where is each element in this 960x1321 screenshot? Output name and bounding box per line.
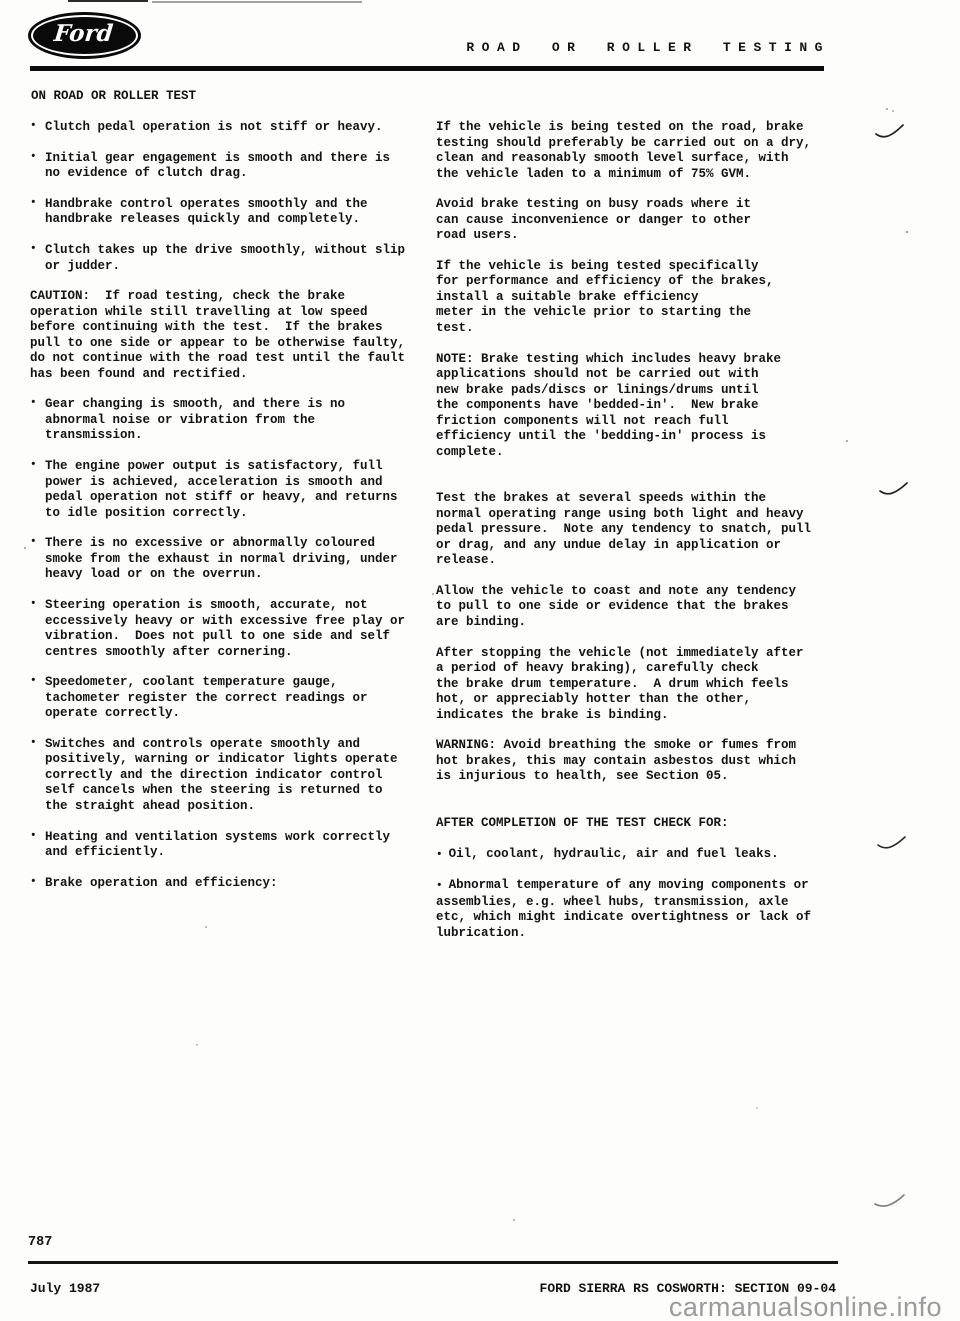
text-lines: Switches and controls operate smoothly a… [45,737,398,813]
bullet-icon: • [30,196,37,212]
bullet-item: •Brake operation and efficiency: [30,876,430,892]
footer-date: July 1987 [30,1281,100,1296]
scan-noise-dot [432,593,434,595]
paragraph: If the vehicle is being tested specifica… [436,259,846,337]
bullet-item: •Abnormal temperature of any moving comp… [436,878,846,941]
paragraph: NOTE: Brake testing which includes heavy… [436,352,846,461]
text-lines: Test the brakes at several speeds within… [436,491,811,567]
paragraph: Test the brakes at several speeds within… [436,491,846,569]
bullet-icon: • [30,674,37,690]
text-lines: Allow the vehicle to coast and note any … [436,584,796,629]
paragraph: WARNING: Avoid breathing the smoke or fu… [436,738,846,785]
bullet-item: •The engine power output is satisfactory… [30,459,430,521]
pen-tick-mark [874,122,906,142]
text-lines: Avoid brake testing on busy roads where … [436,197,751,242]
column-spacer [436,475,846,491]
bullet-icon: • [30,736,37,752]
pen-tick-mark [878,481,910,499]
bullet-icon: • [30,150,37,166]
bullet-icon: • [30,535,37,551]
text-lines: Heating and ventilation systems work cor… [45,830,390,860]
text-lines: Steering operation is smooth, accurate, … [45,598,405,659]
page-number: 787 [28,1235,52,1250]
bullet-icon: • [30,597,37,613]
bullet-icon: • [30,458,37,474]
page-header-title: ROAD OR ROLLER TESTING [466,40,830,55]
bullet-icon: • [30,242,37,258]
text-lines: Abnormal temperature of any moving compo… [436,878,811,940]
bullet-icon: • [30,119,37,135]
bullet-item: •Heating and ventilation systems work co… [30,830,430,861]
text-lines: Gear changing is smooth, and there is no… [45,397,345,442]
bullet-icon: • [30,396,37,412]
text-lines: Oil, coolant, hydraulic, air and fuel le… [449,847,779,861]
bullet-icon: • [436,848,443,864]
scan-noise-dot [24,547,26,549]
scan-noise-dot [205,926,207,928]
text-lines: After stopping the vehicle (not immediat… [436,646,804,722]
bullet-item: •Gear changing is smooth, and there is n… [30,397,430,444]
text-lines: Handbrake control operates smoothly and … [45,197,368,227]
bullet-item: •Clutch takes up the drive smoothly, wit… [30,243,430,274]
bullet-icon: • [30,829,37,845]
text-lines: Clutch takes up the drive smoothly, with… [45,243,405,273]
text-lines: There is no excessive or abnormally colo… [45,536,398,581]
scan-edge-line [152,1,362,3]
header-divider [30,66,824,71]
text-lines: Speedometer, coolant temperature gauge, … [45,675,368,720]
paragraph: Allow the vehicle to coast and note any … [436,584,846,631]
text-lines: If the vehicle is being tested on the ro… [436,120,811,181]
paragraph: AFTER COMPLETION OF THE TEST CHECK FOR: [436,816,846,832]
bullet-item: •Handbrake control operates smoothly and… [30,197,430,228]
text-lines: AFTER COMPLETION OF THE TEST CHECK FOR: [436,816,729,830]
bullet-item: •There is no excessive or abnormally col… [30,536,430,583]
left-column: •Clutch pedal operation is not stiff or … [30,120,430,906]
pen-tick-mark [872,1191,908,1211]
bullet-item: •Speedometer, coolant temperature gauge,… [30,675,430,722]
scan-edge-line [68,0,148,2]
scan-noise-dot [886,108,888,110]
watermark-text: carmanualsonline.info [669,1292,942,1321]
manual-page: Ford ROAD OR ROLLER TESTING ON ROAD OR R… [0,0,960,1321]
text-lines: CAUTION: If road testing, check the brak… [30,289,405,381]
paragraph: After stopping the vehicle (not immediat… [436,646,846,724]
text-lines: The engine power output is satisfactory,… [45,459,398,520]
scan-noise-dot [513,1219,515,1221]
scan-noise-dot [892,110,894,112]
ford-logo-ring: Ford [31,15,138,56]
section-title: ON ROAD OR ROLLER TEST [31,89,196,103]
text-lines: Brake operation and efficiency: [45,876,278,890]
ford-logo: Ford [28,12,141,59]
bullet-icon: • [30,875,37,891]
text-lines: If the vehicle is being tested specifica… [436,259,774,335]
bullet-item: •Initial gear engagement is smooth and t… [30,151,430,182]
paragraph: Avoid brake testing on busy roads where … [436,197,846,244]
text-lines: NOTE: Brake testing which includes heavy… [436,352,781,459]
scan-noise-dot [846,440,848,442]
right-column: If the vehicle is being tested on the ro… [436,120,846,957]
paragraph: CAUTION: If road testing, check the brak… [30,289,430,382]
bullet-icon: • [436,879,443,895]
column-spacer [436,800,846,816]
scan-noise-dot [196,1044,198,1046]
scan-noise-dot [906,231,908,233]
paragraph: If the vehicle is being tested on the ro… [436,120,846,182]
scan-noise-dot [756,1107,758,1109]
bullet-item: •Clutch pedal operation is not stiff or … [30,120,430,136]
ford-logo-text: Ford [53,22,116,49]
bullet-item: •Switches and controls operate smoothly … [30,737,430,815]
text-lines: Clutch pedal operation is not stiff or h… [45,120,383,134]
footer-divider [28,1261,838,1264]
bullet-item: •Oil, coolant, hydraulic, air and fuel l… [436,847,846,864]
pen-tick-mark [876,835,908,853]
text-lines: Initial gear engagement is smooth and th… [45,151,390,181]
bullet-item: •Steering operation is smooth, accurate,… [30,598,430,660]
text-lines: WARNING: Avoid breathing the smoke or fu… [436,738,796,783]
